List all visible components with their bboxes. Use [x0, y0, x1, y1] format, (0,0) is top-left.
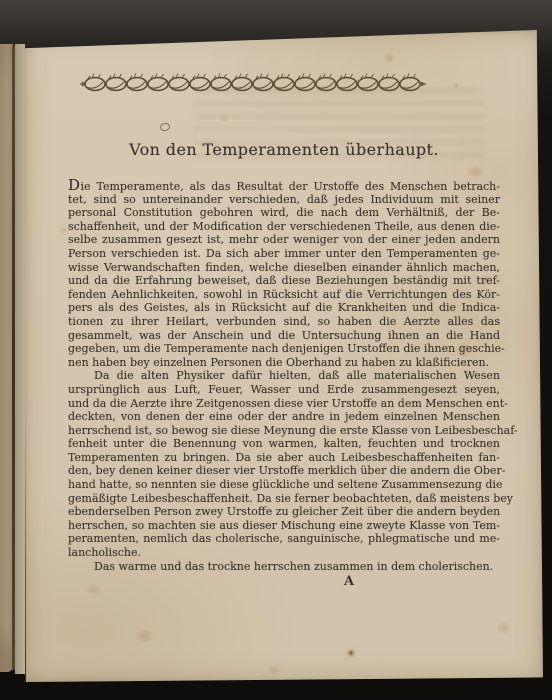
text-line: pers als des Geistes, als in Rücksicht a… — [68, 301, 500, 315]
text-line: den, bey denen keiner dieser vier Urstof… — [68, 464, 500, 478]
text-line: gesammelt, was der Anschein und die Unte… — [68, 329, 500, 343]
text-line: personal Constitution gebohren wird, die… — [68, 206, 500, 220]
text-line: Da die alten Physiker dafür hielten, daß… — [68, 369, 500, 383]
text-line: gegeben, um die Temperamente nach denjen… — [68, 342, 500, 356]
text-line: fenden Aehnlichkeiten, sowohl in Rücksic… — [68, 288, 500, 302]
ink-ring-mark — [159, 122, 171, 132]
text-line: und da die Aerzte ihre Zeitgenossen dies… — [68, 397, 500, 411]
text-line: schaffenheit, und der Modification der v… — [68, 220, 500, 234]
body-text: Die Temperamente, als das Resultat der U… — [68, 179, 500, 573]
text-line: fenheit unter die Benennung von warmen, … — [68, 437, 500, 451]
page-edge-shadow — [15, 44, 25, 674]
text-line: und da die Erfahrung beweiset, daß diese… — [68, 274, 500, 288]
text-line: lancholische. — [68, 546, 500, 560]
text-line: wisse Verwandschaften finden, welche die… — [68, 261, 500, 275]
initial-letter: D — [68, 176, 81, 194]
text-line: ebenderselben Person zwey Urstoffe zu gl… — [68, 505, 500, 519]
text-line: deckten, von denen der eine oder der and… — [68, 410, 500, 424]
text-line: Temperamenten zu bringen. Da sie aber au… — [68, 451, 500, 465]
text-line: herrschen, so machten sie aus dieser Mis… — [68, 519, 500, 533]
chain-ornament — [80, 72, 426, 92]
text-line: nen haben bey einzelnen Personen die Obe… — [68, 356, 500, 370]
text-line: tet, sind so untereinander verschieden, … — [68, 193, 500, 207]
text-line: gemäßigte Leibesbeschaffenheit. Da sie f… — [68, 492, 500, 506]
signature-mark: A — [344, 574, 354, 589]
text-line: selbe zusammen gesezt ist, mehr oder wen… — [68, 233, 500, 247]
page-title: Von den Temperamenten überhaupt. — [68, 140, 500, 159]
photo-background: Von den Temperamenten überhaupt. Die Tem… — [0, 0, 552, 700]
text-line: Die Temperamente, als das Resultat der U… — [68, 179, 500, 193]
book-page: Von den Temperamenten überhaupt. Die Tem… — [24, 30, 543, 682]
text-line: hand hatte, so nennten sie diese glückli… — [68, 478, 500, 492]
text-line: ursprünglich aus Luft, Feuer, Wasser und… — [68, 383, 500, 397]
text-line: peramenten, nemlich das cholerische, san… — [68, 532, 500, 546]
text-line: herrschend ist, so bewog sie diese Meynu… — [68, 424, 500, 438]
text-line: Das warme und das trockne herrschen zusa… — [68, 560, 500, 574]
text-line: tionen zu ihrer Heilart, verbunden sind,… — [68, 315, 500, 329]
text-line: Person verschieden ist. Da sich aber imm… — [68, 247, 500, 261]
